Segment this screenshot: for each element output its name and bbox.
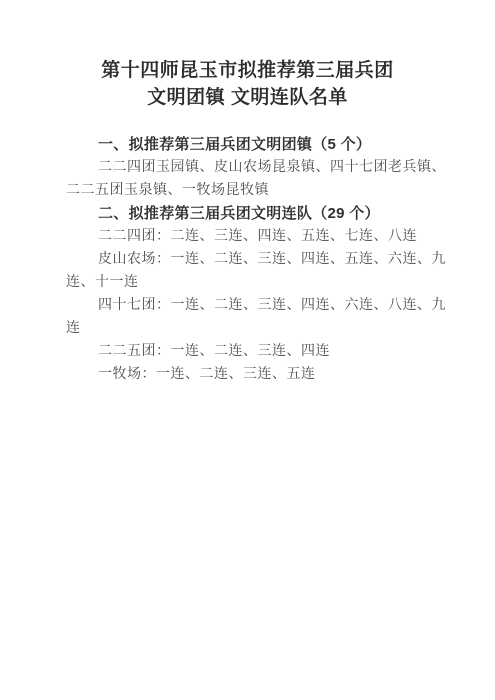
section-civilized-companies: 二、拟推荐第三届兵团文明连队（29 个） 二二四团：二连、三连、四连、五连、七连… xyxy=(66,202,446,386)
document-title-line-2: 文明团镇 文明连队名单 xyxy=(0,84,495,111)
section-2-heading: 二、拟推荐第三届兵团文明连队（29 个） xyxy=(66,202,446,225)
body-line: 二二四团玉园镇、皮山农场昆泉镇、四十七团老兵镇、 xyxy=(66,156,446,179)
body-line: 二二四团：二连、三连、四连、五连、七连、八连 xyxy=(66,225,446,248)
document-title: 第十四师昆玉市拟推荐第三届兵团 文明团镇 文明连队名单 xyxy=(0,57,495,111)
document-page: 第十四师昆玉市拟推荐第三届兵团 文明团镇 文明连队名单 一、拟推荐第三届兵团文明… xyxy=(0,0,495,700)
body-line: 二二五团：一连、二连、三连、四连 xyxy=(66,340,446,363)
section-1-heading: 一、拟推荐第三届兵团文明团镇（5 个） xyxy=(66,133,446,156)
body-line: 二二五团玉泉镇、一牧场昆牧镇 xyxy=(66,179,446,202)
body-line: 四十七团：一连、二连、三连、四连、六连、八连、九 xyxy=(66,294,446,317)
body-line: 皮山农场：一连、二连、三连、四连、五连、六连、九 xyxy=(66,248,446,271)
section-civilized-towns: 一、拟推荐第三届兵团文明团镇（5 个） 二二四团玉园镇、皮山农场昆泉镇、四十七团… xyxy=(66,133,446,202)
document-title-line-1: 第十四师昆玉市拟推荐第三届兵团 xyxy=(0,57,495,84)
body-line: 连、十一连 xyxy=(66,271,446,294)
document-body: 一、拟推荐第三届兵团文明团镇（5 个） 二二四团玉园镇、皮山农场昆泉镇、四十七团… xyxy=(66,133,446,386)
body-line: 连 xyxy=(66,317,446,340)
body-line: 一牧场：一连、二连、三连、五连 xyxy=(66,363,446,386)
